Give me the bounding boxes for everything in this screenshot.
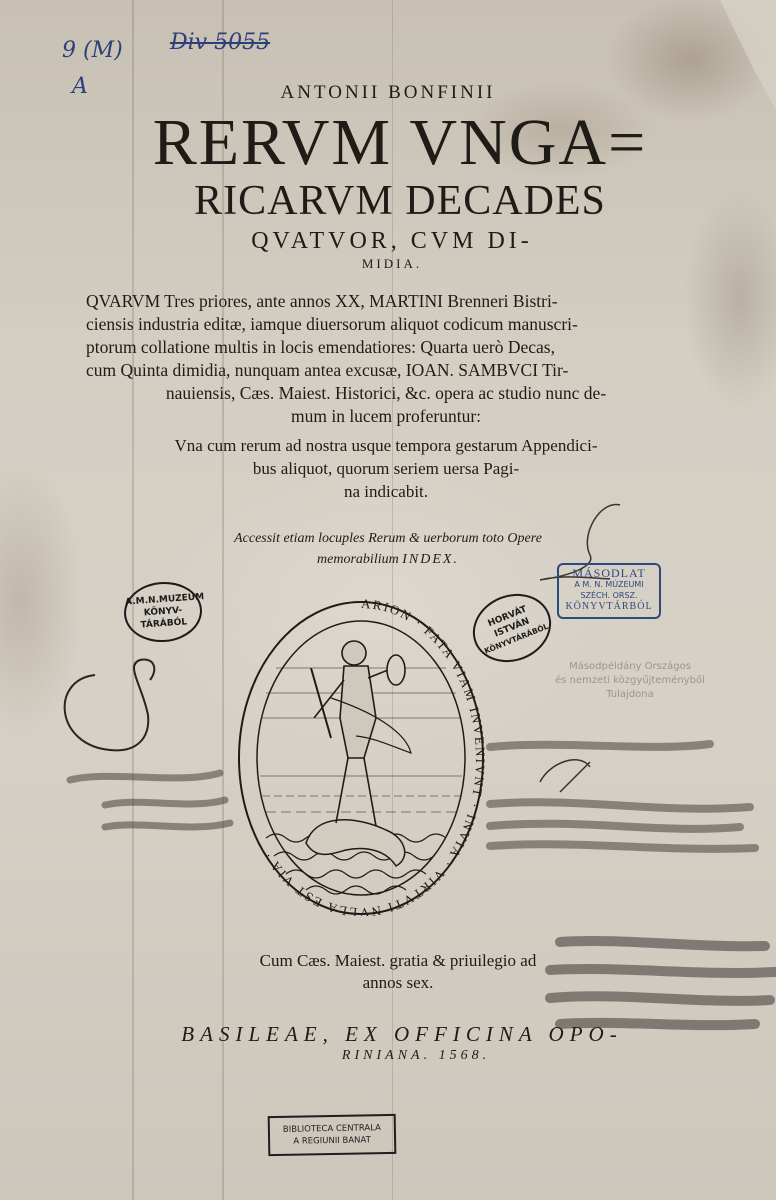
biblioteca-centrala-stamp: BIBLIOTECA CENTRALA A REGIUNII BANAT	[268, 1114, 397, 1156]
shelfmark-struck-through: Div 5055	[170, 30, 270, 55]
description-line: cum Quinta dimidia, nunquam antea excusæ…	[86, 359, 686, 382]
description-line: ptorum collatione multis in locis emenda…	[86, 336, 686, 359]
handwritten-signature-struck	[30, 655, 240, 855]
crossed-out-handwriting	[480, 722, 776, 867]
title-line-2: RICARVM DECADES	[0, 180, 776, 222]
description-line: ciensis industria editæ, iamque diuersor…	[86, 313, 686, 336]
title-page: 9 (M) A Div 5055 ANTONII BONFINII RERVM …	[0, 0, 776, 1200]
description-line: nauiensis, Cæs. Maiest. Historici, &c. o…	[86, 382, 686, 405]
imprint-line-1: BASILEAE, EX OFFICINA OPO-	[0, 1022, 776, 1047]
appendix-line: bus aliquot, quorum seriem uersa Pagi-	[86, 457, 686, 480]
appendix-paragraph: Vna cum rerum ad nostra usque tempora ge…	[86, 434, 686, 503]
masodlat-duplicate-stamp: MÁSODLAT A M. N. MÚZEUMI SZÉCH. ORSZ. KÖ…	[557, 563, 661, 619]
imprint-line-2: RINIANA. 1568.	[0, 1048, 776, 1064]
description-line: mum in lucem proferuntur:	[86, 405, 686, 428]
museum-library-stamp: A.M.N.MUZEUM KÖNYV- TÁRÁBÓL	[122, 579, 204, 644]
title-line-4: MIDIA.	[0, 256, 776, 272]
printer-device-arion: ARION · FATA VIAM INVENIVNT · INVIA · VI…	[236, 598, 486, 916]
svg-text:ARION · FATA VIAM INVENIVNT ·: ARION · FATA VIAM INVENIVNT · INVIA · VI…	[260, 598, 486, 916]
title-line-1: RERVM VNGA=	[0, 110, 776, 176]
index-note-line-1: Accessit etiam locuples Rerum & uerborum…	[0, 528, 776, 549]
appendix-line: Vna cum rerum ad nostra usque tempora ge…	[86, 434, 686, 457]
title-line-3: QVATVOR, CVM DI-	[0, 228, 776, 255]
author-name: ANTONII BONFINII	[0, 82, 776, 104]
description-line: QVARVM Tres priores, ante annos XX, MART…	[86, 290, 686, 313]
index-note: Accessit etiam locuples Rerum & uerborum…	[0, 528, 776, 570]
description-paragraph: QVARVM Tres priores, ante annos XX, MART…	[86, 290, 686, 428]
faded-ownership-stamp: Másodpéldány Országos és nemzeti közgyűj…	[510, 660, 750, 702]
shelfmark-handwritten: 9 (M)	[62, 38, 123, 63]
privilege-statement: Cum Cæs. Maiest. gratia & priuilegio ad …	[0, 950, 776, 994]
